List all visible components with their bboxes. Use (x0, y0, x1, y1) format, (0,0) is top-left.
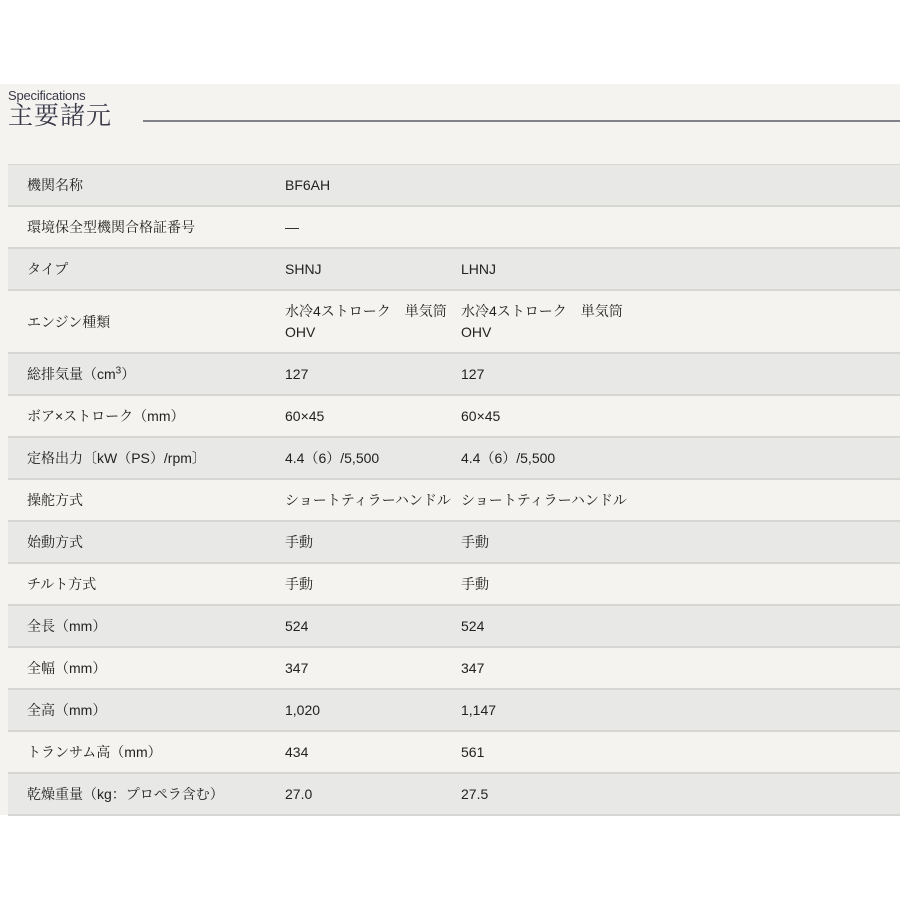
label-text: 総排気量（cm (27, 366, 116, 382)
row-value-lhnj: 4.4（6）/5,500 (461, 448, 881, 469)
row-label: 全幅（mm） (8, 658, 259, 678)
spec-table: 機関名称 BF6AH 環境保全型機関合格証番号 — タイプ SHNJ LHNJ … (8, 164, 900, 816)
table-row: 総排気量（cm3） 127 127 (8, 354, 900, 396)
row-value-shnj: BF6AH (259, 175, 461, 196)
row-label: ボア×ストローク（mm） (8, 406, 259, 426)
row-label: 操舵方式 (8, 490, 259, 510)
row-label: 乾燥重量（kg：プロペラ含む） (8, 784, 259, 804)
label-suffix: ） (121, 366, 135, 382)
table-row: 始動方式 手動 手動 (8, 522, 900, 564)
table-row: 全幅（mm） 347 347 (8, 648, 900, 690)
table-row: 環境保全型機関合格証番号 — (8, 207, 900, 249)
table-row: 定格出力〔kW（PS）/rpm〕 4.4（6）/5,500 4.4（6）/5,5… (8, 438, 900, 480)
row-value-lhnj: 27.5 (461, 784, 881, 805)
row-value-lhnj: 手動 (461, 532, 881, 553)
row-label: 全長（mm） (8, 616, 259, 636)
table-row: エンジン種類 水冷4ストローク 単気筒 OHV 水冷4ストローク 単気筒 OHV (8, 291, 900, 354)
row-value-shnj: 27.0 (259, 784, 461, 805)
row-label: 全高（mm） (8, 700, 259, 720)
row-label: 機関名称 (8, 175, 259, 195)
specifications-panel: Specifications 主要諸元 機関名称 BF6AH 環境保全型機関合格… (0, 84, 900, 815)
row-value-shnj: 524 (259, 616, 461, 637)
row-value-lhnj: 水冷4ストローク 単気筒 OHV (461, 301, 881, 343)
row-value-shnj: 4.4（6）/5,500 (259, 448, 461, 469)
row-label: 始動方式 (8, 532, 259, 552)
table-row: タイプ SHNJ LHNJ (8, 249, 900, 291)
row-value-lhnj: 127 (461, 364, 881, 385)
row-label: トランサム高（mm） (8, 742, 259, 762)
table-row: チルト方式 手動 手動 (8, 564, 900, 606)
table-row: ボア×ストローク（mm） 60×45 60×45 (8, 396, 900, 438)
table-row: トランサム高（mm） 434 561 (8, 732, 900, 774)
row-value-shnj: — (259, 217, 461, 238)
row-value-shnj: 127 (259, 364, 461, 385)
section-header: Specifications 主要諸元 (0, 84, 900, 164)
row-label: 定格出力〔kW（PS）/rpm〕 (8, 448, 259, 468)
row-value-lhnj: 60×45 (461, 406, 881, 427)
row-label: 総排気量（cm3） (8, 364, 259, 384)
section-title: 主要諸元 (8, 101, 112, 131)
row-value-shnj: 水冷4ストローク 単気筒 OHV (259, 301, 461, 343)
row-value-shnj: SHNJ (259, 259, 461, 280)
row-label: 環境保全型機関合格証番号 (8, 217, 259, 237)
row-value-lhnj: LHNJ (461, 259, 881, 280)
table-row: 機関名称 BF6AH (8, 165, 900, 207)
row-value-lhnj: 1,147 (461, 700, 881, 721)
title-divider (143, 120, 900, 122)
row-value-shnj: 434 (259, 742, 461, 763)
table-row: 操舵方式 ショートティラーハンドル ショートティラーハンドル (8, 480, 900, 522)
row-value-shnj: 手動 (259, 532, 461, 553)
row-label: タイプ (8, 259, 259, 279)
row-label: チルト方式 (8, 574, 259, 594)
row-value-lhnj: 347 (461, 658, 881, 679)
row-value-shnj: ショートティラーハンドル (259, 490, 461, 511)
row-value-shnj: 347 (259, 658, 461, 679)
table-row: 全長（mm） 524 524 (8, 606, 900, 648)
row-value-shnj: 60×45 (259, 406, 461, 427)
row-value-shnj: 1,020 (259, 700, 461, 721)
row-label: エンジン種類 (8, 312, 259, 332)
row-value-lhnj: ショートティラーハンドル (461, 490, 881, 511)
row-value-lhnj: 手動 (461, 574, 881, 595)
row-value-lhnj: 524 (461, 616, 881, 637)
table-row: 乾燥重量（kg：プロペラ含む） 27.0 27.5 (8, 774, 900, 816)
row-value-lhnj: 561 (461, 742, 881, 763)
row-value-shnj: 手動 (259, 574, 461, 595)
table-row: 全高（mm） 1,020 1,147 (8, 690, 900, 732)
